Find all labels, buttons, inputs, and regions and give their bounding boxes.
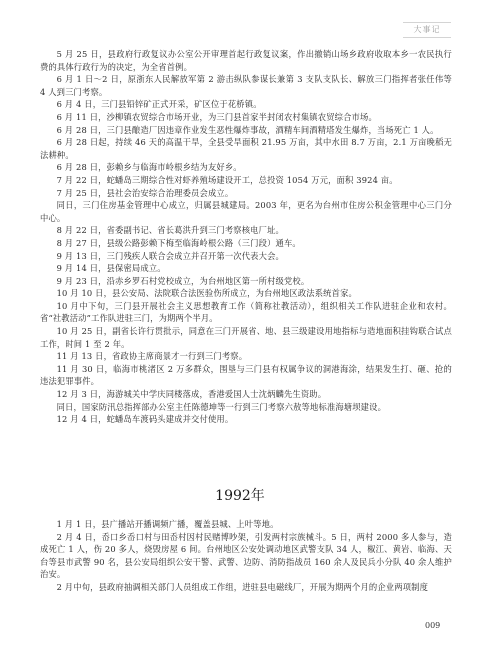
chronicle-entry: 8 月 27 日，县级公路彭赖下梅至临海岭根公路（三门段）通车。 (40, 237, 452, 250)
chronicle-entry: 10 月 10 日，县公安局、法院联合法医验伤所成立，为台州地区政法系统首家。 (40, 287, 452, 300)
chronicle-entry: 6 月 28 日起，持续 46 天的高温干旱，全县受旱面积 21.95 万亩，其… (40, 136, 452, 161)
chronicle-entry: 6 月 28 日，三门县酿造厂因违章作业发生恶性爆炸事故，酒精车间酒精塔发生爆炸… (40, 124, 452, 137)
section-tag: 大事记 (403, 22, 451, 38)
chronicle-entry: 9 月 23 日，沿赤乡罗石村党校成立，为台州地区第一所村级党校。 (40, 275, 452, 288)
chronicle-entry: 11 月 30 日，临海市桃渚区 2 万多群众，围垦与三门县有权属争议的洞港海涂… (40, 363, 452, 388)
chronicle-entry: 6 月 11 日，沙柳镇农贸综合市场开业，为三门县首家半封闭农村集镇农贸综合市场… (40, 111, 452, 124)
chronicle-entry: 9 月 14 日，县保密局成立。 (40, 262, 452, 275)
year-heading: 1992年 (0, 487, 480, 505)
chronicle-entry: 6 月 4 日，三门县铅锌矿正式开采，矿区位于花桥镇。 (40, 98, 452, 111)
chronicle-entry: 10 月 25 日，副省长许行贯批示，同意在三门开展省、地、县三级建设用地指标与… (40, 325, 452, 350)
chronicle-entry: 12 月 3 日，海游城关中学庆同楼落成，香港爱国人士沈炳麟先生资助。 (40, 388, 452, 401)
chronicle-entry: 同日，国家防汛总指挥部办公室主任陈德坤等一行到三门考察六敖等地标准海塘坝建设。 (40, 401, 452, 414)
chronicle-entry: 12 月 4 日，蛇蟠岛车渡码头建成并交付使用。 (40, 413, 452, 426)
chronicle-entry: 2 月中旬，县政府抽调相关部门人员组成工作组，进驻县电磁线厂，开展为期两个月的企… (40, 581, 452, 594)
chronicle-entry: 6 月 28 日，彭赖乡与临海市岭根乡结为友好乡。 (40, 161, 452, 174)
chronicle-entry: 11 月 13 日，省政协主席商景才一行到三门考察。 (40, 350, 452, 363)
chronicle-entry: 同日，三门住房基金管理中心成立，归属县城建局。2003 年，更名为台州市住房公积… (40, 199, 452, 224)
chronicle-entry: 5 月 25 日，县政府行政复议办公室公开审理首起行政复议案，作出撤销山场乡政府… (40, 48, 452, 73)
chronicle-entry: 2 月 4 日，岙口乡岙口村与田岙村因村民赌博吵架，引发两村宗族械斗。5 日，两… (40, 531, 452, 581)
page-number: 009 (425, 621, 440, 630)
chronicle-entry: 10 月中下旬，三门县开展社会主义思想教育工作（简称社教活动），组织相关工作队进… (40, 300, 452, 325)
chronicle-entry: 1 月 1 日，县广播站开播调频广播，覆盖县城、上叶等地。 (40, 518, 452, 531)
entries-1992: 1 月 1 日，县广播站开播调频广播，覆盖县城、上叶等地。 2 月 4 日，岙口… (40, 518, 452, 594)
chronicle-entry: 6 月 1 日～2 日，原浙东人民解放军第 2 游击纵队参谋长兼第 3 支队支队… (40, 73, 452, 98)
chronicle-entry: 7 月 22 日，蛇蟠岛三期综合性对虾养殖场建设开工，总投资 1054 万元，面… (40, 174, 452, 187)
chronicle-entry: 7 月 25 日，县社会治安综合治理委员会成立。 (40, 187, 452, 200)
entries-1991: 5 月 25 日，县政府行政复议办公室公开审理首起行政复议案，作出撤销山场乡政府… (40, 48, 452, 426)
chronicle-entry: 9 月 13 日，三门残疾人联合会成立并召开第一次代表大会。 (40, 250, 452, 263)
chronicle-entry: 8 月 22 日，省委副书记、省长葛洪升到三门考察核电厂址。 (40, 224, 452, 237)
